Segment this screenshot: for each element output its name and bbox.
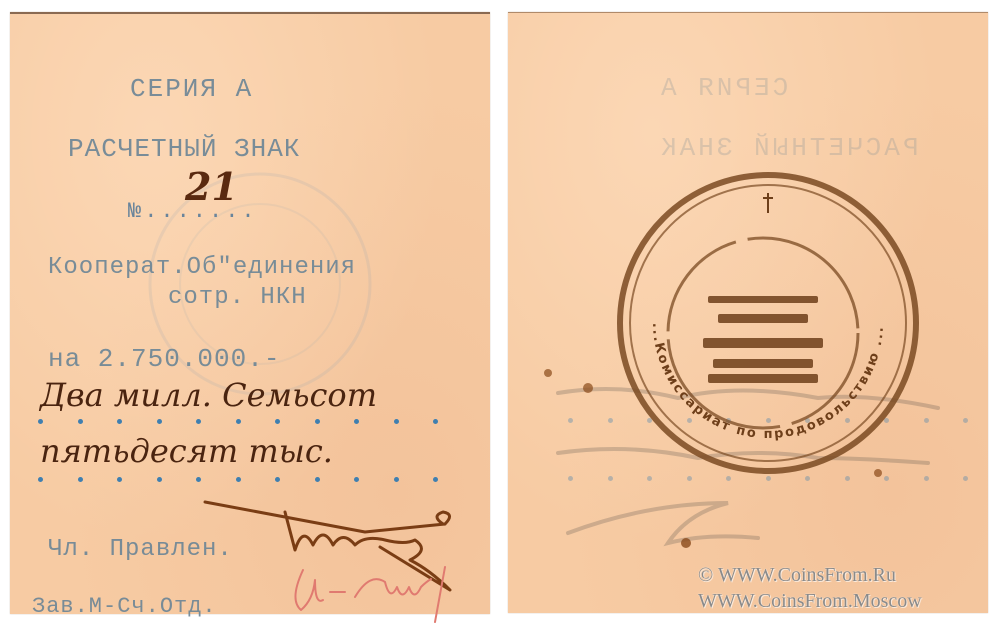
issuer-line-2: сотр. НКН (168, 284, 307, 311)
ink-spots (508, 13, 988, 613)
signer-label-board: Чл. Правлен. (48, 536, 233, 563)
dot-row-2 (38, 477, 438, 482)
handwritten-serial-number: 21 (185, 164, 238, 209)
watermark-line-2: WWW.CoinsFrom.Moscow (698, 589, 922, 613)
watermark-line-1: © WWW.CoinsFrom.Ru (698, 563, 896, 587)
note-title: РАСЧЕТНЫЙ ЗНАК (68, 134, 300, 164)
banknote-front: СЕРИЯ А РАСЧЕТНЫЙ ЗНАК №....... 21 Коопе… (10, 12, 490, 614)
amount-in-words-line-1: Два милл. Семьсот (40, 376, 377, 414)
amount-in-words-line-2: пятьдесят тыс. (40, 432, 333, 470)
signer-label-accounting: Зав.М-Сч.Отд. (32, 594, 217, 619)
amount-figure: на 2.750.000.- (48, 344, 280, 374)
series-line: СЕРИЯ А (130, 74, 253, 104)
dot-row-1 (38, 419, 438, 424)
banknote-back: СЕРИЯ А РАСЧЕТНЫЙ ЗНАК ...Комиссариат по… (508, 12, 988, 613)
signature-accounting-head (285, 562, 475, 623)
issuer-line-1: Кооперат.Об"единения (48, 254, 356, 281)
